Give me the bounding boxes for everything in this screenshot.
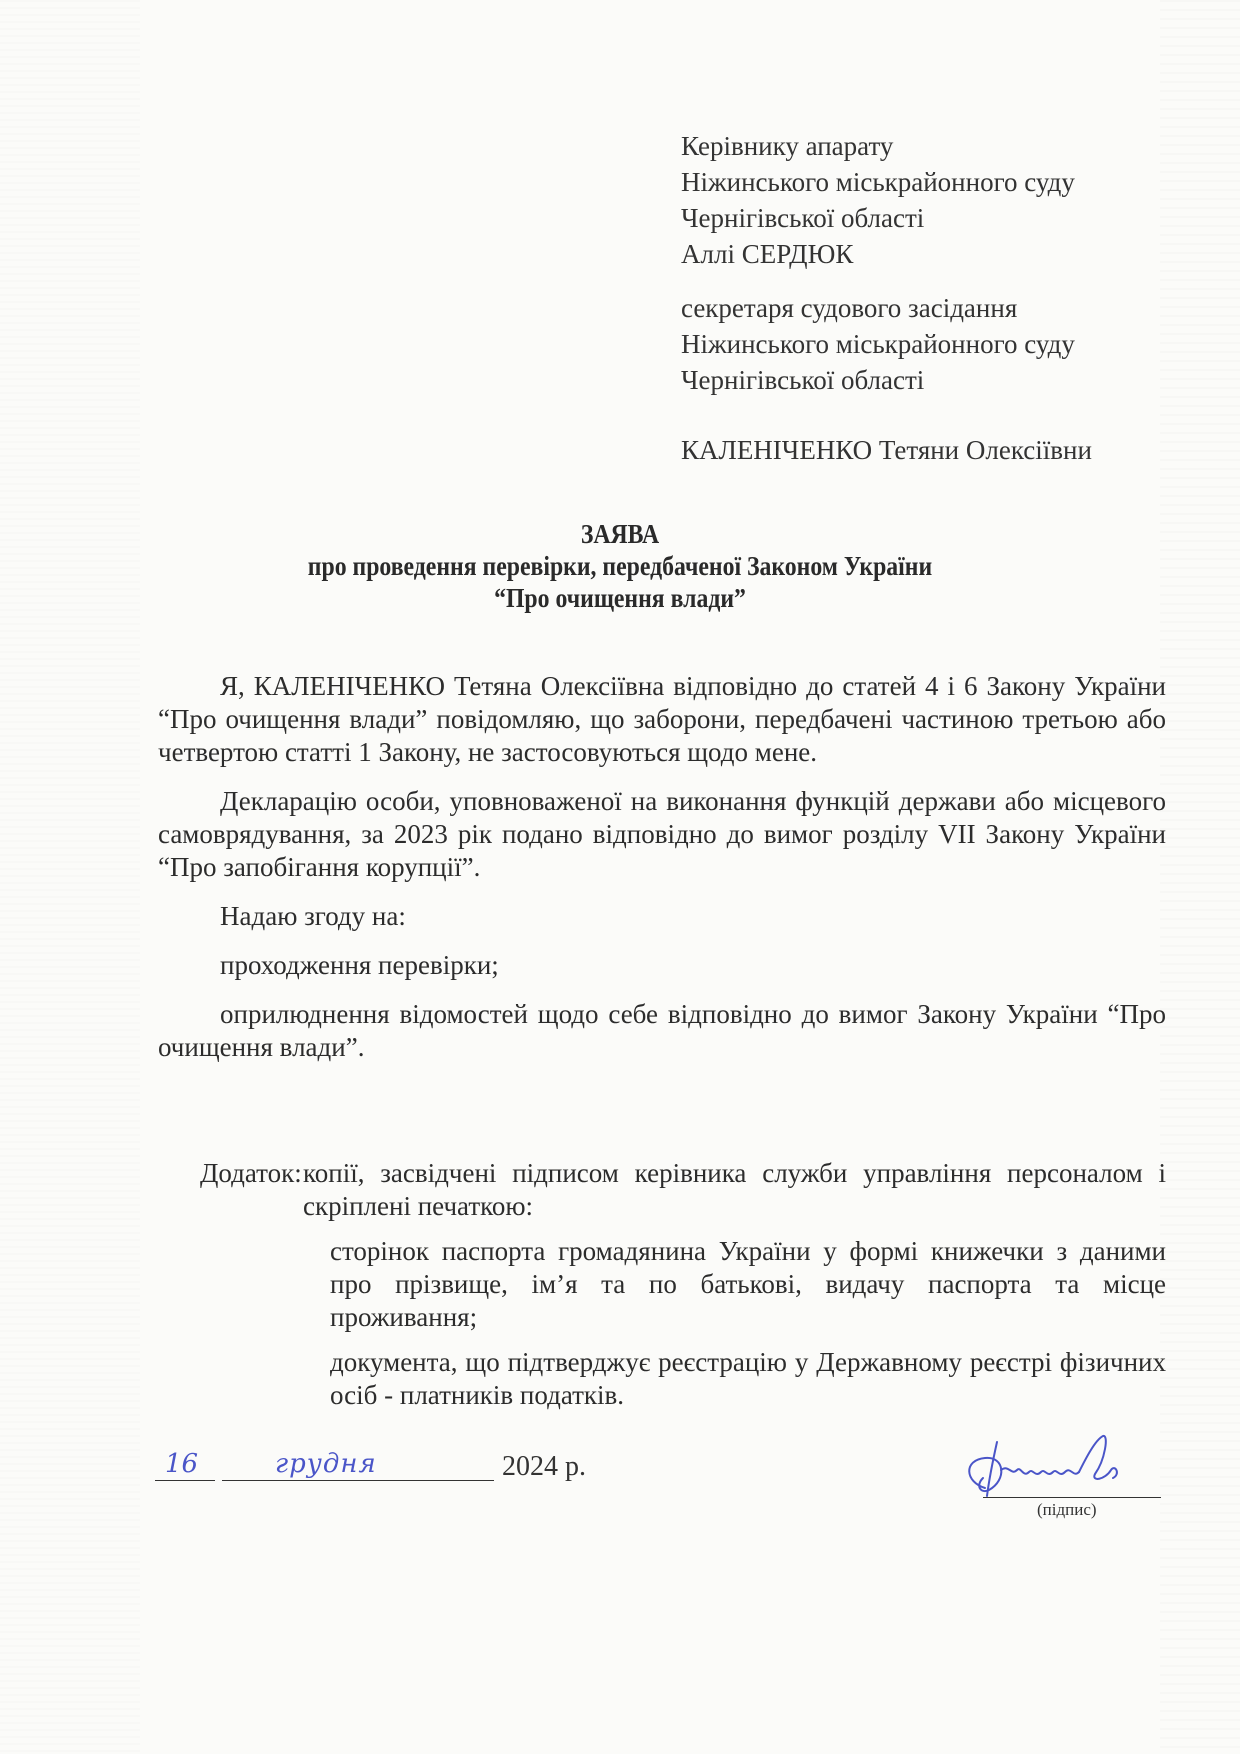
handwritten-month: грудня xyxy=(275,1449,377,1479)
scan-noise xyxy=(0,0,140,1754)
document-page: Керівнику апарату Ніжинського міськрайон… xyxy=(0,0,1240,1754)
recipient-line: Чернігівської області xyxy=(681,200,1092,236)
date-field: 16 грудня 2024 р. xyxy=(155,1447,635,1487)
consent-item: оприлюднення відомостей щодо себе відпов… xyxy=(158,998,1166,1064)
title-subtitle: про проведення перевірки, передбаченої З… xyxy=(74,550,1165,582)
attachment-item: копії, засвідчені підписом керівника слу… xyxy=(303,1157,1166,1223)
attachment-items: копії, засвідчені підписом керівника слу… xyxy=(330,1157,1166,1412)
signature-underline xyxy=(983,1497,1161,1498)
day-underline xyxy=(155,1480,215,1481)
attachment-item: документа, що підтверджує реєстрацію у Д… xyxy=(330,1346,1166,1412)
attachment-block: Додаток: копії, засвідчені підписом кері… xyxy=(200,1157,1166,1424)
sender-line: Чернігівської області xyxy=(681,362,1092,398)
month-underline xyxy=(222,1480,494,1481)
recipient-line: Ніжинського міськрайонного суду xyxy=(681,164,1092,200)
paragraph-consent-intro: Надаю згоду на: xyxy=(158,900,1166,933)
sender-name: КАЛЕНІЧЕНКО Тетяни Олексіївни xyxy=(681,432,1092,468)
paragraph-declaration-of-non-applicability: Я, КАЛЕНІЧЕНКО Тетяна Олексіївна відпові… xyxy=(158,670,1166,769)
recipient-name: Аллі СЕРДЮК xyxy=(681,236,1092,272)
document-title: ЗАЯВА про проведення перевірки, передбач… xyxy=(74,518,1165,614)
sender-line: Ніжинського міськрайонного суду xyxy=(681,326,1092,362)
signature-caption: (підпис) xyxy=(1037,1500,1097,1520)
attachment-label: Додаток: xyxy=(200,1157,302,1190)
attachment-item: сторінок паспорта громадянина України у … xyxy=(330,1235,1166,1334)
title-subtitle: “Про очищення влади” xyxy=(74,582,1165,614)
scan-noise xyxy=(1160,0,1240,1754)
handwritten-signature-icon xyxy=(945,1430,1145,1510)
year-text: 2024 р. xyxy=(502,1451,586,1483)
addressee-block: Керівнику апарату Ніжинського міськрайон… xyxy=(681,128,1092,468)
spacer xyxy=(681,398,1092,432)
signature-block: (підпис) xyxy=(945,1430,1145,1530)
consent-item: проходження перевірки; xyxy=(158,949,1166,982)
recipient-line: Керівнику апарату xyxy=(681,128,1092,164)
handwritten-day: 16 xyxy=(165,1449,198,1479)
title-heading: ЗАЯВА xyxy=(74,518,1165,550)
paragraph-asset-declaration: Декларацію особи, уповноваженої на викон… xyxy=(158,785,1166,884)
spacer xyxy=(681,272,1092,290)
sender-line: секретаря судового засідання xyxy=(681,290,1092,326)
statement-body: Я, КАЛЕНІЧЕНКО Тетяна Олексіївна відпові… xyxy=(158,670,1166,1080)
